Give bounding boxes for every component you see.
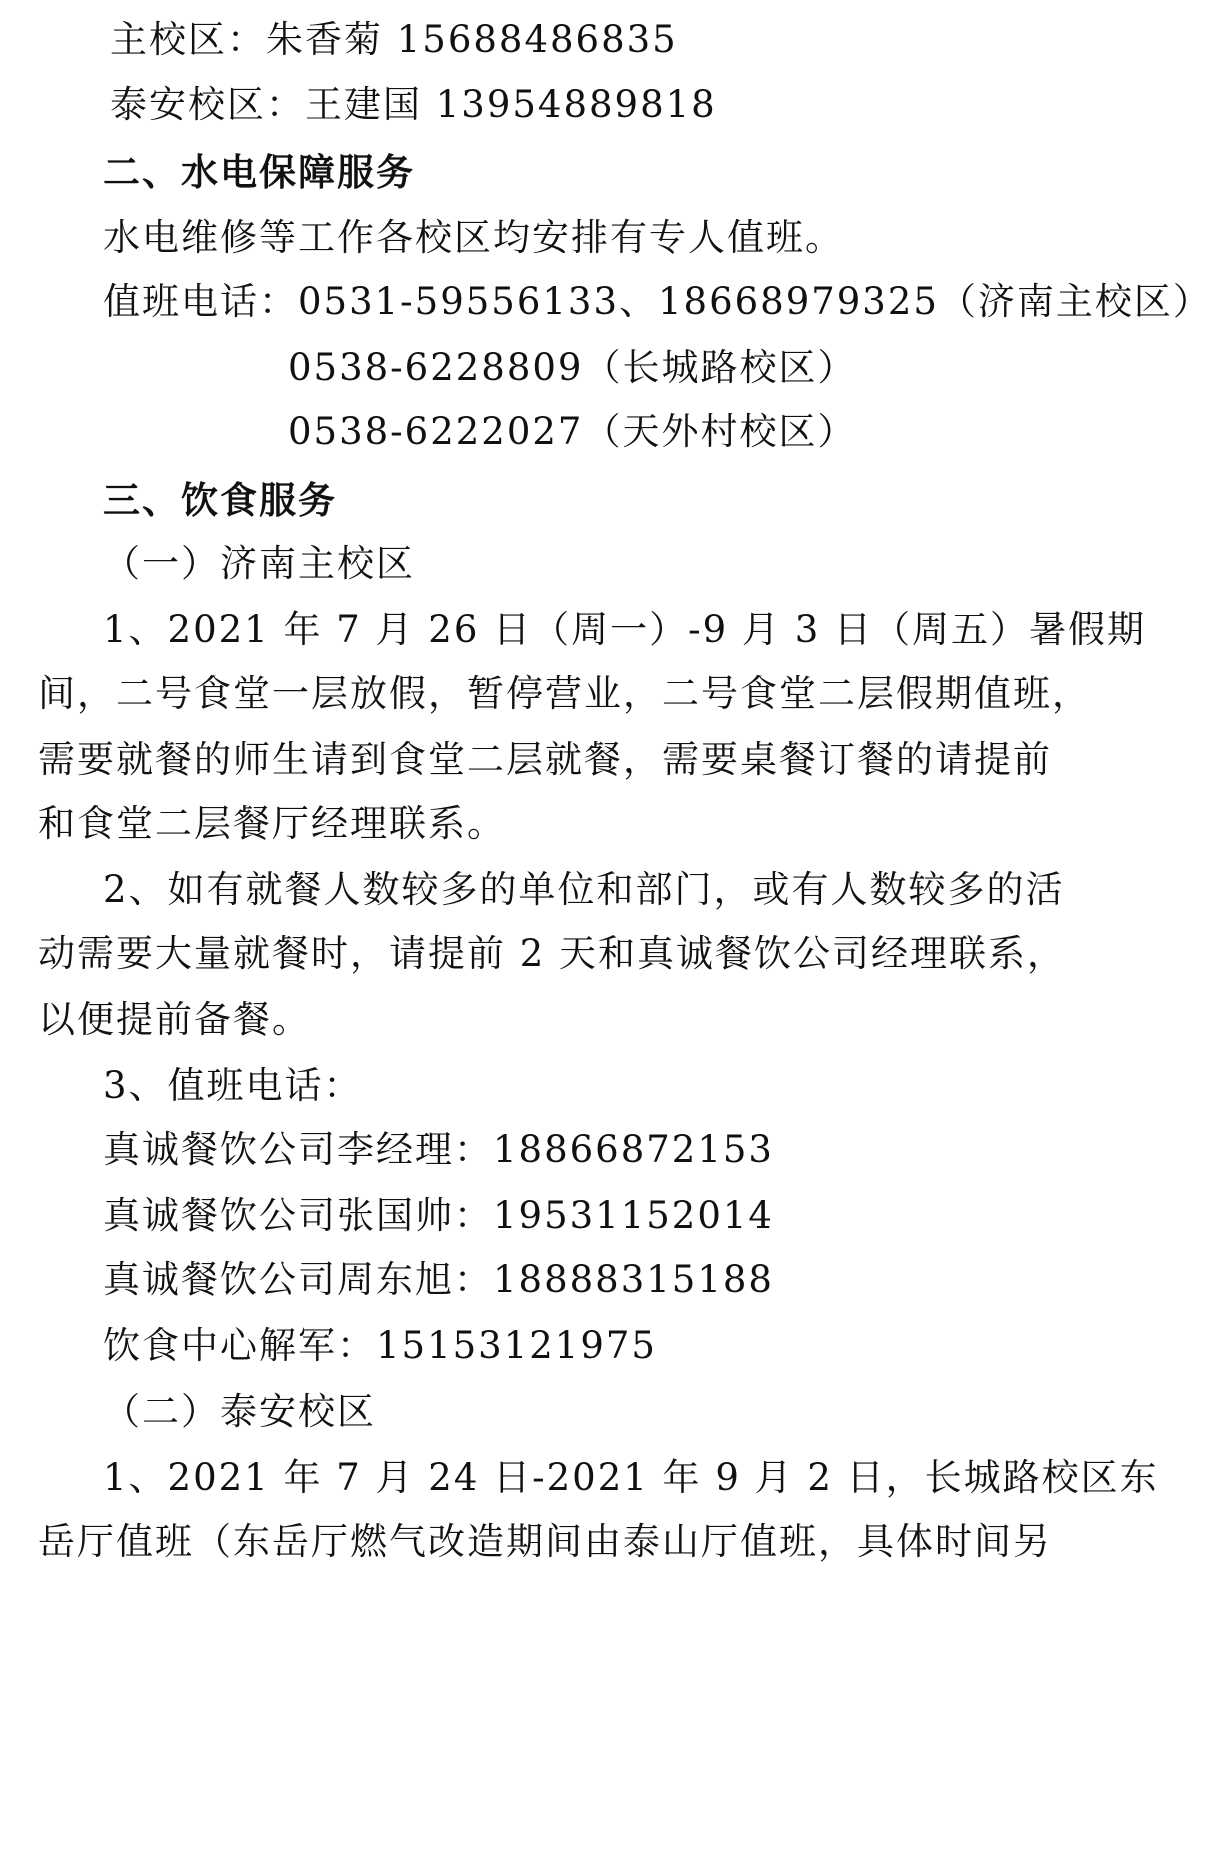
contact-taian-campus: 泰安校区：王建国 13954889818 (110, 83, 717, 127)
subsection-heading-taian: （二）泰安校区 (103, 1390, 376, 1434)
contact-entry: 饮食中心解军：15153121975 (103, 1324, 657, 1368)
contact-entry: 真诚餐饮公司李经理：18866872153 (103, 1128, 774, 1172)
section-heading-dining: 三、饮食服务 (103, 478, 337, 522)
contact-main-campus: 主校区：朱香菊 15688486835 (110, 18, 678, 62)
contact-entry: 真诚餐饮公司周东旭：18888315188 (103, 1258, 774, 1302)
section-heading-utilities: 二、水电保障服务 (103, 150, 415, 194)
subsection-heading-jinan: （一）济南主校区 (103, 542, 415, 586)
utilities-intro: 水电维修等工作各校区均安排有专人值班。 (103, 216, 844, 260)
jinan-item1-line: 和食堂二层餐厅经理联系。 (38, 802, 506, 846)
taian-item1-line: 1、2021 年 7 月 24 日-2021 年 9 月 2 日，长城路校区东 (103, 1456, 1159, 1500)
jinan-item1-line: 间，二号食堂一层放假，暂停营业，二号食堂二层假期值班， (38, 672, 1091, 716)
jinan-item1-line: 1、2021 年 7 月 26 日（周一）-9 月 3 日（周五）暑假期 (103, 608, 1146, 652)
jinan-item2-line: 2、如有就餐人数较多的单位和部门，或有人数较多的活 (103, 868, 1065, 912)
jinan-item2-line: 动需要大量就餐时，请提前 2 天和真诚餐饮公司经理联系， (38, 932, 1066, 976)
utilities-phone-line-3: 0538-6222027（天外村校区） (288, 410, 856, 454)
utilities-phone-line-2: 0538-6228809（长城路校区） (288, 346, 856, 390)
jinan-item3-heading: 3、值班电话： (103, 1064, 363, 1108)
utilities-phone-line-1: 值班电话：0531-59556133、18668979325（济南主校区） (103, 280, 1212, 324)
contact-entry: 真诚餐饮公司张国帅：19531152014 (103, 1194, 774, 1238)
jinan-item2-line: 以便提前备餐。 (38, 998, 311, 1042)
jinan-item1-line: 需要就餐的师生请到食堂二层就餐，需要桌餐订餐的请提前 (38, 738, 1052, 782)
taian-item1-line: 岳厅值班（东岳厅燃气改造期间由泰山厅值班，具体时间另 (38, 1520, 1052, 1564)
